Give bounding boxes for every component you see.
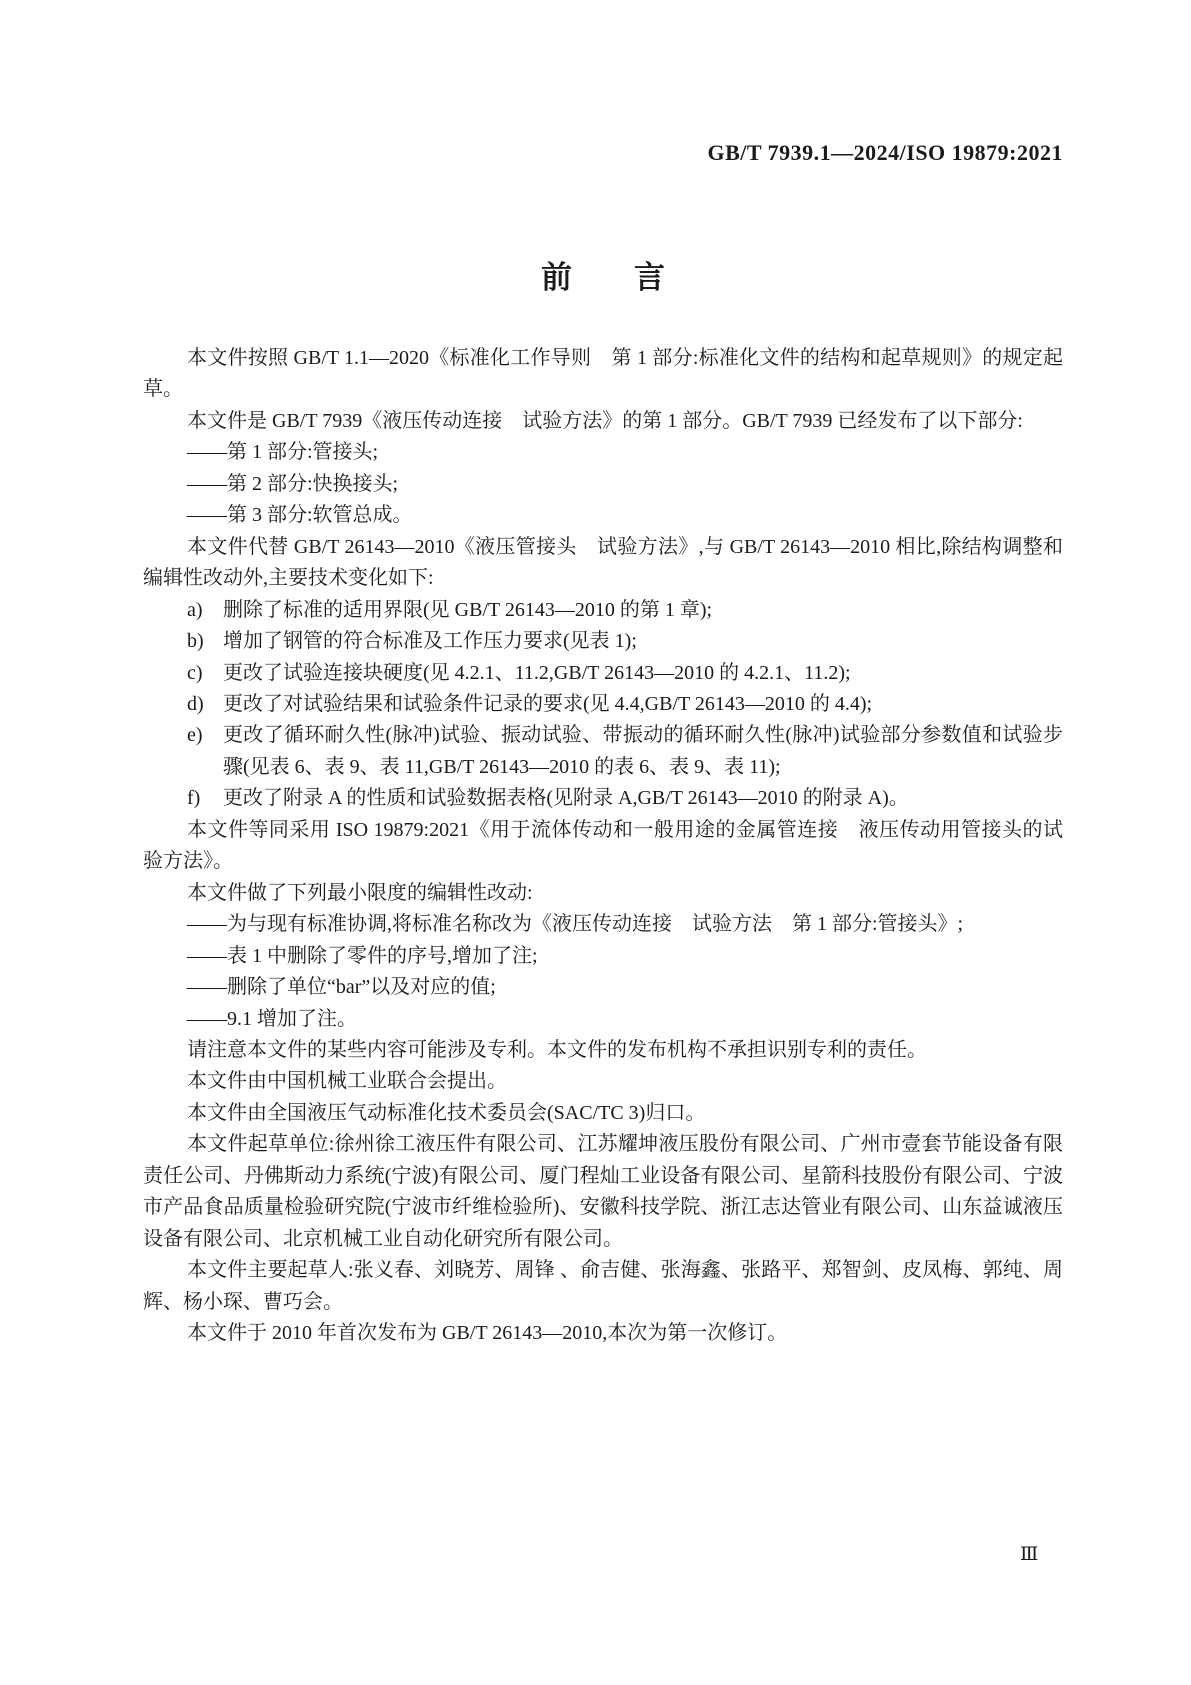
dash-item: ——表 1 中删除了零件的序号,增加了注; <box>143 941 1063 972</box>
paragraph: 本文件于 2010 年首次发布为 GB/T 26143—2010,本次为第一次修… <box>143 1318 1063 1349</box>
list-item: f)更改了附录 A 的性质和试验数据表格(见附录 A,GB/T 26143—20… <box>187 783 1063 814</box>
document-page: GB/T 7939.1—2024/ISO 19879:2021 前 言 本文件按… <box>0 0 1191 1685</box>
list-item-label: c) <box>187 658 223 689</box>
list-item-text: 更改了对试验结果和试验条件记录的要求(见 4.4,GB/T 26143—2010… <box>223 689 1063 720</box>
page-number: Ⅲ <box>1020 1543 1039 1566</box>
list-item: c)更改了试验连接块硬度(见 4.2.1、11.2,GB/T 26143—201… <box>187 658 1063 689</box>
list-item-label: e) <box>187 720 223 783</box>
paragraph: 本文件起草单位:徐州徐工液压件有限公司、江苏耀坤液压股份有限公司、广州市壹套节能… <box>143 1129 1063 1255</box>
dash-item: ——删除了单位“bar”以及对应的值; <box>143 972 1063 1003</box>
list-item-text: 增加了钢管的符合标准及工作压力要求(见表 1); <box>223 626 1063 657</box>
list-item-label: b) <box>187 626 223 657</box>
list-item: a)删除了标准的适用界限(见 GB/T 26143—2010 的第 1 章); <box>187 595 1063 626</box>
dash-item: ——9.1 增加了注。 <box>143 1004 1063 1035</box>
paragraph: 本文件按照 GB/T 1.1—2020《标准化工作导则 第 1 部分:标准化文件… <box>143 343 1063 406</box>
list-item-label: f) <box>187 783 223 814</box>
list-item-text: 删除了标准的适用界限(见 GB/T 26143—2010 的第 1 章); <box>223 595 1063 626</box>
paragraph: 本文件等同采用 ISO 19879:2021《用于流体传动和一般用途的金属管连接… <box>143 815 1063 878</box>
dash-item: ——为与现有标准协调,将标准名称改为《液压传动连接 试验方法 第 1 部分:管接… <box>143 909 1063 940</box>
dash-item: ——第 1 部分:管接头; <box>143 437 1063 468</box>
paragraph: 本文件做了下列最小限度的编辑性改动: <box>143 878 1063 909</box>
paragraph: 本文件由全国液压气动标准化技术委员会(SAC/TC 3)归口。 <box>143 1098 1063 1129</box>
paragraph: 本文件代替 GB/T 26143—2010《液压管接头 试验方法》,与 GB/T… <box>143 532 1063 595</box>
list-item-label: d) <box>187 689 223 720</box>
document-body: 本文件按照 GB/T 1.1—2020《标准化工作导则 第 1 部分:标准化文件… <box>143 343 1063 1350</box>
paragraph: 请注意本文件的某些内容可能涉及专利。本文件的发布机构不承担识别专利的责任。 <box>143 1035 1063 1066</box>
dash-item: ——第 3 部分:软管总成。 <box>143 500 1063 531</box>
list-item: b)增加了钢管的符合标准及工作压力要求(见表 1); <box>187 626 1063 657</box>
list-item-label: a) <box>187 595 223 626</box>
page-title: 前 言 <box>143 261 1063 295</box>
paragraph: 本文件由中国机械工业联合会提出。 <box>143 1066 1063 1097</box>
list-item: e)更改了循环耐久性(脉冲)试验、振动试验、带振动的循环耐久性(脉冲)试验部分参… <box>187 720 1063 783</box>
dash-item: ——第 2 部分:快换接头; <box>143 469 1063 500</box>
list-item-text: 更改了附录 A 的性质和试验数据表格(见附录 A,GB/T 26143—2010… <box>223 783 1063 814</box>
list-item-text: 更改了试验连接块硬度(见 4.2.1、11.2,GB/T 26143—2010 … <box>223 658 1063 689</box>
list-item: d)更改了对试验结果和试验条件记录的要求(见 4.4,GB/T 26143—20… <box>187 689 1063 720</box>
paragraph: 本文件是 GB/T 7939《液压传动连接 试验方法》的第 1 部分。GB/T … <box>143 406 1063 437</box>
paragraph: 本文件主要起草人:张义春、刘晓芳、周锋 、俞吉健、张海鑫、张路平、郑智剑、皮凤梅… <box>143 1255 1063 1318</box>
list-item-text: 更改了循环耐久性(脉冲)试验、振动试验、带振动的循环耐久性(脉冲)试验部分参数值… <box>223 720 1063 783</box>
standard-code-header: GB/T 7939.1—2024/ISO 19879:2021 <box>707 140 1063 166</box>
